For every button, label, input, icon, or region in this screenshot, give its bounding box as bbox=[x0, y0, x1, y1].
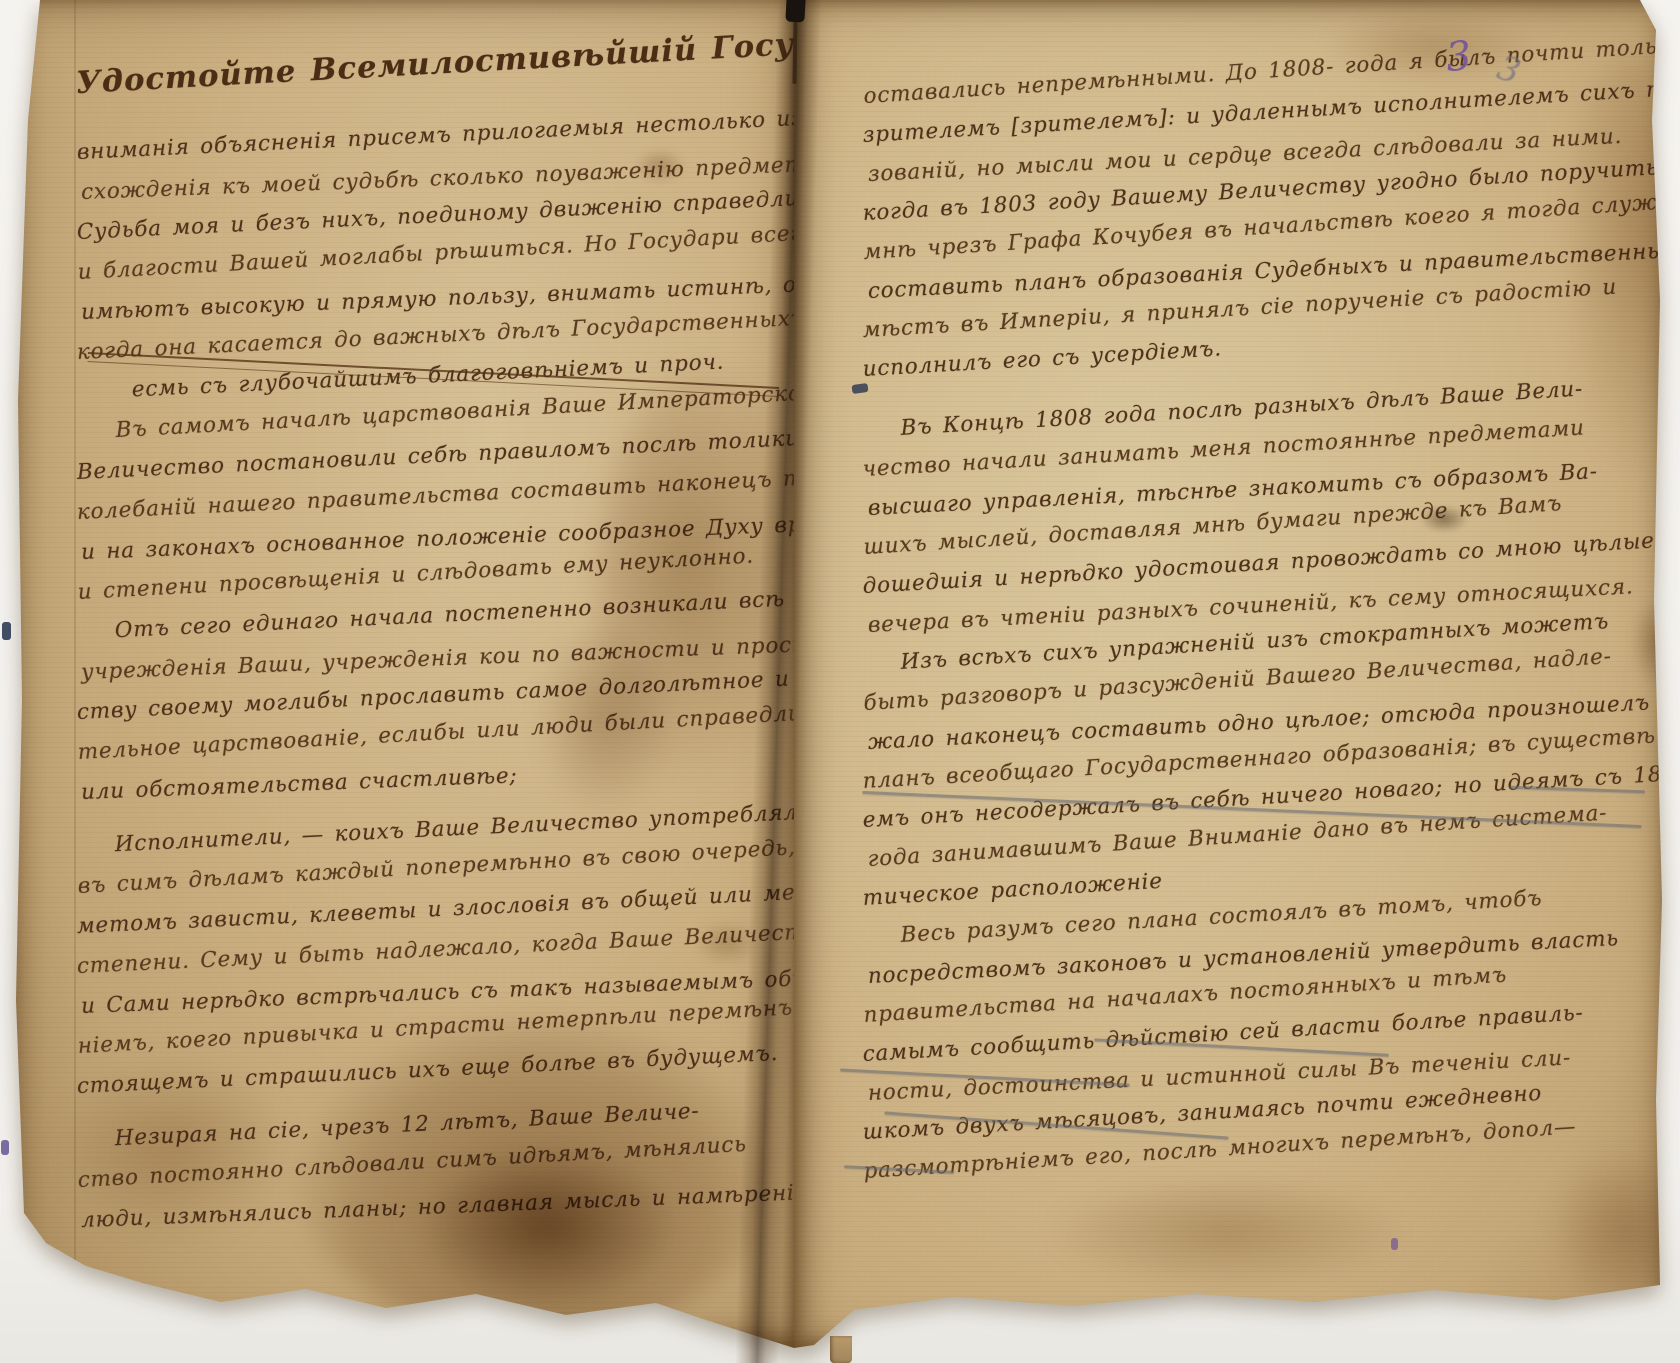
paper-stain bbox=[1630, 595, 1672, 690]
purple-ink-dot bbox=[1391, 1238, 1398, 1250]
right-page-paper: 3 3 оставались непремѣнными. До 1808- го… bbox=[794, 0, 1672, 1352]
binding-bottom-tab bbox=[830, 1336, 852, 1363]
page-number: 3 bbox=[1444, 33, 1474, 81]
purple-edge-mark bbox=[1, 1140, 9, 1155]
scanned-manuscript-spread: Удостойте Всемилостивѣйшій Государь, Ваш… bbox=[0, 0, 1680, 1363]
manuscript-right-page: 3 3 оставались непремѣнными. До 1808- го… bbox=[794, 0, 1672, 1352]
left-page-paper: Удостойте Всемилостивѣйшій Государь, Ваш… bbox=[6, 0, 794, 1348]
left-page-text: Удостойте Всемилостивѣйшій Государь, Ваш… bbox=[78, 48, 782, 1244]
binding-thread bbox=[785, 0, 805, 22]
manuscript-left-page: Удостойте Всемилостивѣйшій Государь, Ваш… bbox=[6, 0, 794, 1348]
navy-edge-mark bbox=[2, 622, 11, 640]
left-margin-crease bbox=[74, 0, 76, 1348]
right-page-text: оставались непремѣнными. До 1808- года я… bbox=[864, 80, 1570, 1194]
